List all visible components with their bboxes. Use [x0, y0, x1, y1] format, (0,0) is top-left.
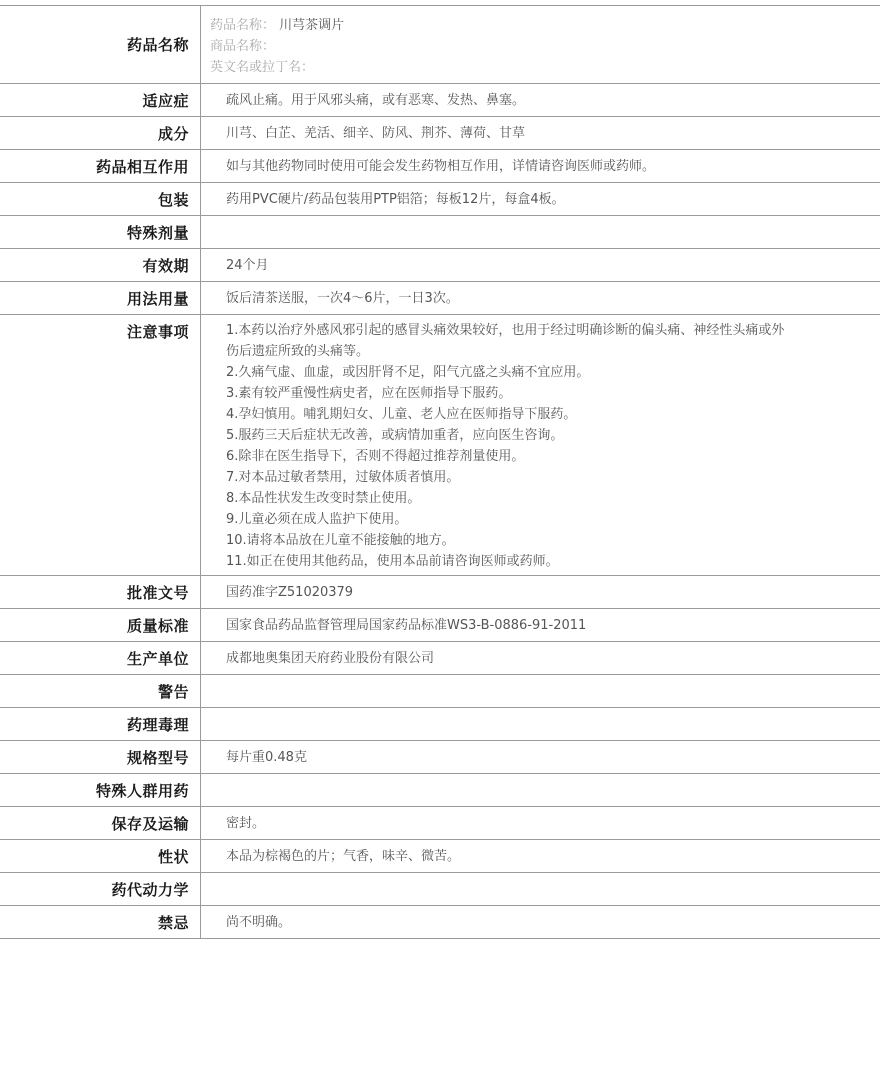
row-quality-standard: 质量标准 国家食品药品监督管理局国家药品标准WS3-B-0886-91-2011: [0, 609, 880, 642]
drug-spec-table: 药品名称 药品名称： 川芎茶调片 商品名称： 英文名或拉丁名： 适应症 疏风止痛…: [0, 5, 880, 939]
row-shelf-life: 有效期 24个月: [0, 249, 880, 282]
row-specification: 规格型号 每片重0.48克: [0, 741, 880, 774]
row-label: 特殊人群用药: [0, 774, 201, 807]
precaution-item: 10.请将本品放在儿童不能接触的地方。: [226, 530, 786, 551]
row-label: 批准文号: [0, 576, 201, 609]
row-label: 规格型号: [0, 741, 201, 774]
row-value: 24个月: [201, 249, 880, 282]
row-label: 保存及运输: [0, 807, 201, 840]
latin-name-line: 英文名或拉丁名：: [210, 57, 880, 78]
row-pharmacokinetics: 药代动力学: [0, 873, 880, 906]
row-value: 尚不明确。: [201, 906, 880, 939]
row-value: 疏风止痛。用于风邪头痛，或有恶寒、发热、鼻塞。: [201, 84, 880, 117]
row-label: 成分: [0, 117, 201, 150]
row-label: 药品相互作用: [0, 150, 201, 183]
generic-name-label: 药品名称：: [210, 18, 275, 33]
row-precautions: 注意事项 1.本药以治疗外感风邪引起的感冒头痛效果较好，也用于经过明确诊断的偏头…: [0, 315, 880, 576]
row-label: 警告: [0, 675, 201, 708]
row-label: 性状: [0, 840, 201, 873]
row-label: 适应症: [0, 84, 201, 117]
precaution-item: 3.素有较严重慢性病史者，应在医师指导下服药。: [226, 383, 786, 404]
trade-name-line: 商品名称：: [210, 36, 880, 57]
row-warning: 警告: [0, 675, 880, 708]
precaution-item: 1.本药以治疗外感风邪引起的感冒头痛效果较好，也用于经过明确诊断的偏头痛、神经性…: [226, 320, 786, 362]
row-value: [201, 708, 880, 741]
row-pharmacology: 药理毒理: [0, 708, 880, 741]
row-label: 药代动力学: [0, 873, 201, 906]
row-approval-number: 批准文号 国药准字Z51020379: [0, 576, 880, 609]
row-label: 药理毒理: [0, 708, 201, 741]
row-label: 有效期: [0, 249, 201, 282]
row-drug-name: 药品名称 药品名称： 川芎茶调片 商品名称： 英文名或拉丁名：: [0, 6, 880, 84]
precaution-item: 9.儿童必须在成人监护下使用。: [226, 509, 786, 530]
row-label: 用法用量: [0, 282, 201, 315]
row-label: 包装: [0, 183, 201, 216]
precaution-item: 8.本品性状发生改变时禁止使用。: [226, 488, 786, 509]
trade-name-label: 商品名称：: [210, 39, 275, 54]
row-packaging: 包装 药用PVC硬片/药品包装用PTP铝箔；每板12片，每盒4板。: [0, 183, 880, 216]
row-value: 成都地奥集团天府药业股份有限公司: [201, 642, 880, 675]
precaution-item: 5.服药三天后症状无改善，或病情加重者，应向医生咨询。: [226, 425, 786, 446]
row-storage: 保存及运输 密封。: [0, 807, 880, 840]
row-dosage: 用法用量 饭后清茶送服，一次4～6片，一日3次。: [0, 282, 880, 315]
row-value: [201, 675, 880, 708]
row-label: 注意事项: [0, 315, 201, 576]
row-indications: 适应症 疏风止痛。用于风邪头痛，或有恶寒、发热、鼻塞。: [0, 84, 880, 117]
row-contraindications: 禁忌 尚不明确。: [0, 906, 880, 939]
row-label: 禁忌: [0, 906, 201, 939]
row-description: 性状 本品为棕褐色的片；气香，味辛、微苦。: [0, 840, 880, 873]
precaution-item: 6.除非在医生指导下，否则不得超过推荐剂量使用。: [226, 446, 786, 467]
row-value: [201, 873, 880, 906]
row-value: 药用PVC硬片/药品包装用PTP铝箔；每板12片，每盒4板。: [201, 183, 880, 216]
latin-name-label: 英文名或拉丁名：: [210, 60, 314, 75]
drug-names-cell: 药品名称： 川芎茶调片 商品名称： 英文名或拉丁名：: [201, 6, 880, 84]
row-value: 每片重0.48克: [201, 741, 880, 774]
precautions-list: 1.本药以治疗外感风邪引起的感冒头痛效果较好，也用于经过明确诊断的偏头痛、神经性…: [201, 315, 880, 576]
row-interactions: 药品相互作用 如与其他药物同时使用可能会发生药物相互作用，详情请咨询医师或药师。: [0, 150, 880, 183]
row-value: 饭后清茶送服，一次4～6片，一日3次。: [201, 282, 880, 315]
row-value: [201, 216, 880, 249]
row-value: 国家食品药品监督管理局国家药品标准WS3-B-0886-91-2011: [201, 609, 880, 642]
row-ingredients: 成分 川芎、白芷、羌活、细辛、防风、荆芥、薄荷、甘草: [0, 117, 880, 150]
row-value: 国药准字Z51020379: [201, 576, 880, 609]
generic-name-line: 药品名称： 川芎茶调片: [210, 15, 880, 36]
spec-table-body: 药品名称 药品名称： 川芎茶调片 商品名称： 英文名或拉丁名： 适应症 疏风止痛…: [0, 6, 880, 939]
generic-name-value: 川芎茶调片: [279, 18, 344, 33]
row-manufacturer: 生产单位 成都地奥集团天府药业股份有限公司: [0, 642, 880, 675]
precaution-item: 7.对本品过敏者禁用，过敏体质者慎用。: [226, 467, 786, 488]
row-special-populations: 特殊人群用药: [0, 774, 880, 807]
row-special-dosage: 特殊剂量: [0, 216, 880, 249]
row-value: [201, 774, 880, 807]
row-value: 本品为棕褐色的片；气香，味辛、微苦。: [201, 840, 880, 873]
row-value: 如与其他药物同时使用可能会发生药物相互作用，详情请咨询医师或药师。: [201, 150, 880, 183]
row-label: 特殊剂量: [0, 216, 201, 249]
precaution-item: 11.如正在使用其他药品，使用本品前请咨询医师或药师。: [226, 551, 786, 572]
row-label: 药品名称: [0, 6, 201, 84]
row-label: 生产单位: [0, 642, 201, 675]
row-value: 密封。: [201, 807, 880, 840]
row-label: 质量标准: [0, 609, 201, 642]
row-value: 川芎、白芷、羌活、细辛、防风、荆芥、薄荷、甘草: [201, 117, 880, 150]
precaution-item: 4.孕妇慎用。哺乳期妇女、儿童、老人应在医师指导下服药。: [226, 404, 786, 425]
precaution-item: 2.久痛气虚、血虚，或因肝肾不足，阳气亢盛之头痛不宜应用。: [226, 362, 786, 383]
